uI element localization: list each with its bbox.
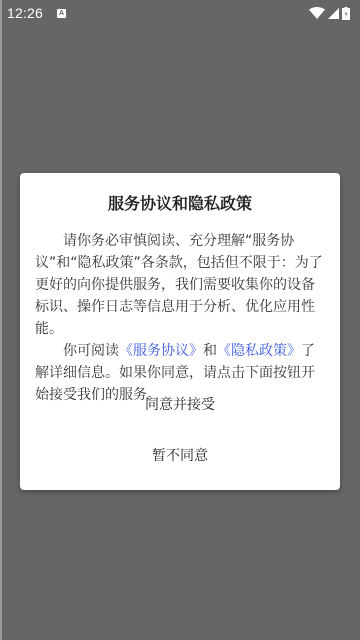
battery-charging-icon xyxy=(342,7,350,20)
status-bar: 12:26 A xyxy=(0,0,360,26)
background-app-edge xyxy=(0,0,2,640)
paragraph-2-middle: 和 xyxy=(203,343,217,359)
clock: 12:26 xyxy=(7,5,43,21)
status-right xyxy=(309,7,350,20)
cellular-signal-icon xyxy=(328,8,339,19)
dialog-body: 请你务必审慎阅读、充分理解“服务协议”和“隐私政策”各条款，包括但不限于：为了更… xyxy=(35,230,327,406)
notification-a-icon: A xyxy=(57,9,66,18)
agree-button[interactable]: 同意并接受 xyxy=(20,385,340,425)
service-agreement-link[interactable]: 《服务协议》 xyxy=(119,343,203,359)
paragraph-2-prefix: 你可阅读 xyxy=(63,343,119,359)
disagree-button[interactable]: 暂不同意 xyxy=(20,436,340,476)
wifi-icon xyxy=(309,7,325,19)
status-left: 12:26 A xyxy=(7,5,66,21)
dialog-title: 服务协议和隐私政策 xyxy=(20,191,340,214)
privacy-policy-link[interactable]: 《隐私政策》 xyxy=(217,343,301,359)
dialog-paragraph-1: 请你务必审慎阅读、充分理解“服务协议”和“隐私政策”各条款，包括但不限于：为了更… xyxy=(35,230,327,340)
privacy-dialog: 服务协议和隐私政策 请你务必审慎阅读、充分理解“服务协议”和“隐私政策”各条款，… xyxy=(20,173,340,490)
